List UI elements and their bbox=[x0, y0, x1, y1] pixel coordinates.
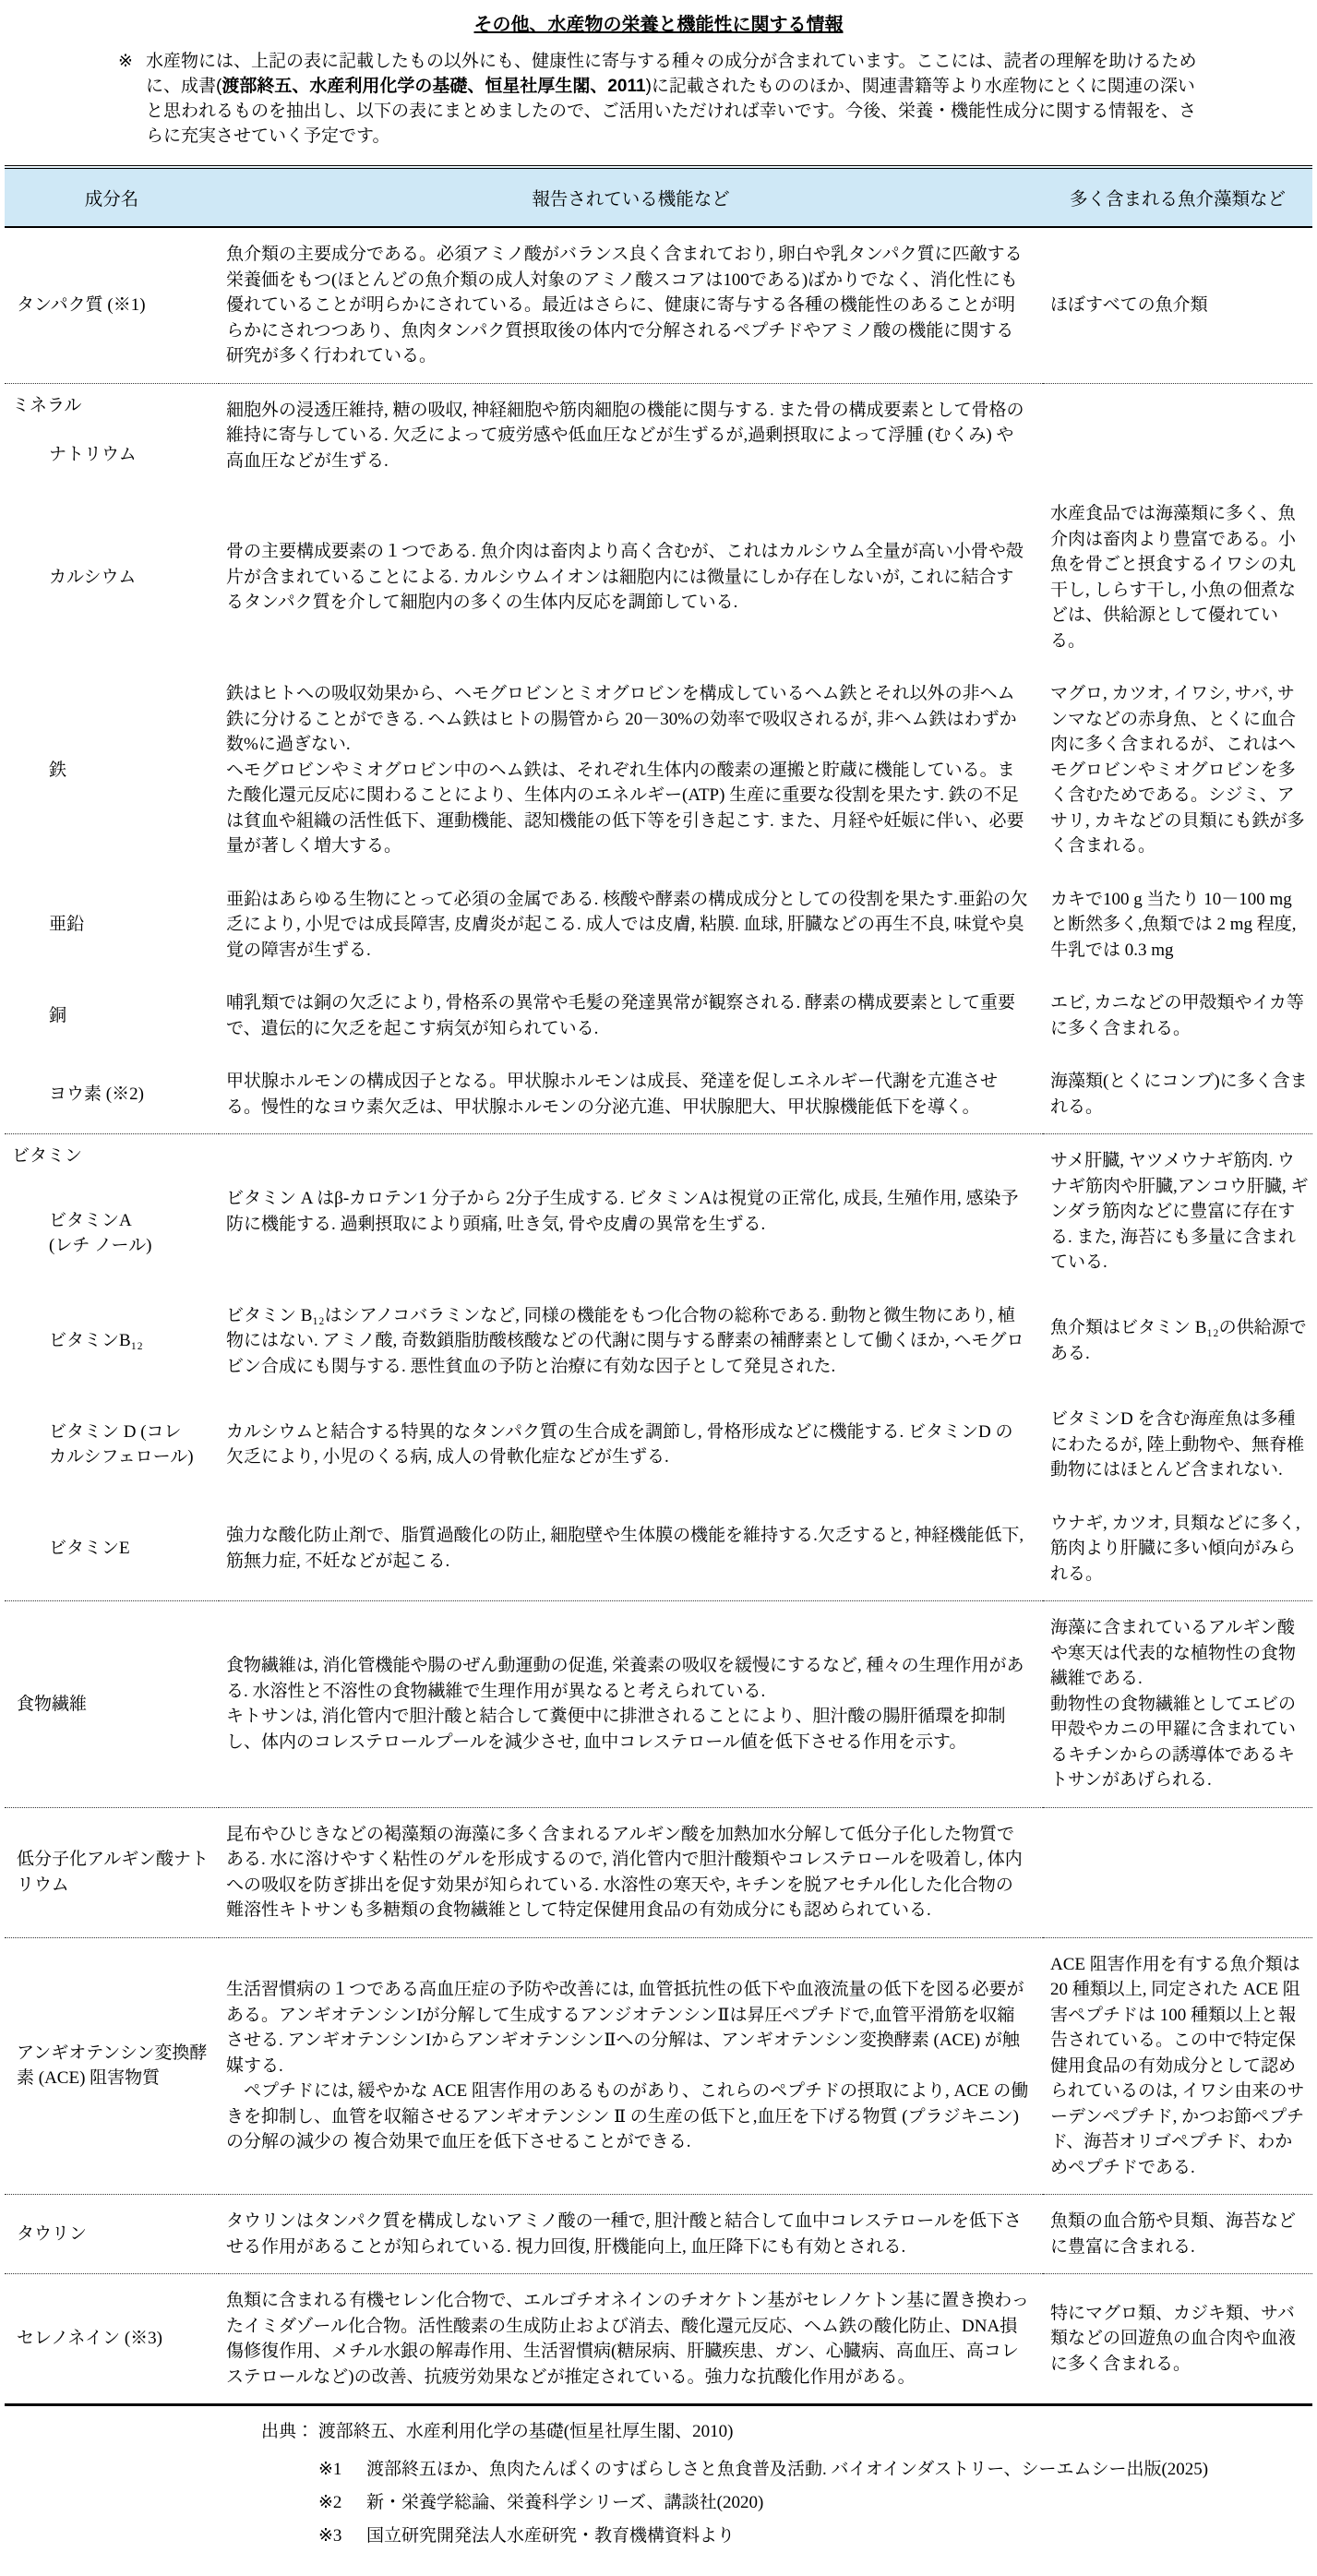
component-label: 鉄 bbox=[5, 667, 219, 873]
document-page: その他、水産物の栄養と機能性に関する情報 ※ 水産物には、上記の表に記載したもの… bbox=[0, 0, 1317, 2548]
source-text: ほぼすべての魚介類 bbox=[1043, 227, 1312, 383]
header-component-name: 成分名 bbox=[5, 167, 219, 227]
source-text: 魚類の血合筋や貝類、海苔などに豊富に含まれる. bbox=[1043, 2195, 1312, 2274]
function-text: 鉄はヒトへの吸収効果から、ヘモグロビンとミオグロビンを構成しているヘム鉄とそれ以… bbox=[219, 667, 1043, 873]
note-text-bold: 渡部終五、水産利用化学の基礎、恒星社厚生閣、2011 bbox=[221, 77, 645, 96]
source-text bbox=[1043, 1807, 1312, 1937]
table-row-zinc: 亜鉛 亜鉛はあらゆる生物にとって必須の金属である. 核酸や酵素の構成成分としての… bbox=[5, 873, 1312, 977]
function-text: 骨の主要構成要素の１つである. 魚介肉は畜肉より高く含むが、これはカルシウム全量… bbox=[219, 487, 1043, 667]
reference-note-2-text: 新・栄養学総論、栄養科学シリーズ、講談社(2020) bbox=[366, 2490, 763, 2515]
table-row-vitamin-d: ビタミン D (コレ カルシフェロール) カルシウムと結合する特異的なタンパク質… bbox=[5, 1393, 1312, 1497]
source-text: 魚介類はビタミン B₁₂の供給源である. bbox=[1043, 1289, 1312, 1394]
reference-source: 出典： 渡部終五、水産利用化学の基礎(恒星社厚生閣、2010) bbox=[261, 2419, 1317, 2444]
table-row-vitamin-a: ビタミン ビタミンA (レチ ノール) ビタミン A はβ-カロテン1 分子から… bbox=[5, 1134, 1312, 1289]
function-text: 昆布やひじきなどの褐藻類の海藻に多く含まれるアルギン酸を加熱加水分解して低分子化… bbox=[219, 1807, 1043, 1937]
source-text: エビ, カニなどの甲殻類やイカ等に多く含まれる。 bbox=[1043, 976, 1312, 1055]
table-row-iodine: ヨウ素 (※2) 甲状腺ホルモンの構成因子となる。甲状腺ホルモンは成長、発達を促… bbox=[5, 1055, 1312, 1134]
source-text: 海藻に含まれているアルギン酸や寒天は代表的な植物性の食物繊維である. 動物性の食… bbox=[1043, 1601, 1312, 1808]
function-text: 魚介類の主要成分である。必須アミノ酸がバランス良く含まれており, 卵白や乳タンパ… bbox=[219, 227, 1043, 383]
component-label: 亜鉛 bbox=[5, 873, 219, 977]
source-text: ビタミンD を含む海産魚は多種にわたるが, 陸上動物や、無脊椎動物にはほとんど含… bbox=[1043, 1393, 1312, 1497]
note-marker: ※ bbox=[118, 49, 146, 149]
footer-references: 出典： 渡部終五、水産利用化学の基礎(恒星社厚生閣、2010) ※1 渡部終五ほ… bbox=[261, 2419, 1317, 2548]
component-label: タンパク質 (※1) bbox=[5, 227, 219, 383]
function-text: 食物繊維は, 消化管機能や腸のぜん動運動の促進, 栄養素の吸収を緩慢にするなど,… bbox=[219, 1601, 1043, 1808]
table-row-vitamin-b12: ビタミンB₁₂ ビタミン B₁₂はシアノコバラミンなど, 同様の機能をもつ化合物… bbox=[5, 1289, 1312, 1394]
component-label: アンギオテンシン変換酵素 (ACE) 阻害物質 bbox=[5, 1937, 219, 2195]
component-label: カルシウム bbox=[5, 487, 219, 667]
table-header: 成分名 報告されている機能など 多く含まれる魚介藻類など bbox=[5, 167, 1312, 227]
table-row-dietary-fiber: 食物繊維 食物繊維は, 消化管機能や腸のぜん動運動の促進, 栄養素の吸収を緩慢に… bbox=[5, 1601, 1312, 1808]
source-text: ウナギ, カツオ, 貝類などに多く, 筋肉より肝臓に多い傾向がみられる。 bbox=[1043, 1497, 1312, 1601]
section-label-vitamin: ビタミン bbox=[12, 1142, 213, 1169]
component-label: ビタミンB₁₂ bbox=[5, 1289, 219, 1394]
nutrition-table: 成分名 報告されている機能など 多く含まれる魚介藻類など タンパク質 (※1) … bbox=[5, 165, 1312, 2406]
function-text: ビタミン B₁₂はシアノコバラミンなど, 同様の機能をもつ化合物の総称である. … bbox=[219, 1289, 1043, 1394]
table-row-calcium: カルシウム 骨の主要構成要素の１つである. 魚介肉は畜肉より高く含むが、これはカ… bbox=[5, 487, 1312, 667]
component-label: 食物繊維 bbox=[5, 1601, 219, 1808]
function-text: 甲状腺ホルモンの構成因子となる。甲状腺ホルモンは成長、発達を促しエネルギー代謝を… bbox=[219, 1055, 1043, 1134]
header-rich-sources: 多く含まれる魚介藻類など bbox=[1043, 167, 1312, 227]
reference-note-3-marker: ※3 bbox=[318, 2523, 366, 2548]
table-row-iron: 鉄 鉄はヒトへの吸収効果から、ヘモグロビンとミオグロビンを構成しているヘム鉄とそ… bbox=[5, 667, 1312, 873]
component-label: ビタミンE bbox=[5, 1497, 219, 1601]
component-label-cell: ビタミン ビタミンA (レチ ノール) bbox=[5, 1134, 219, 1289]
table-row-vitamin-e: ビタミンE 強力な酸化防止剤で、脂質過酸化の防止, 細胞壁や生体膜の機能を維持す… bbox=[5, 1497, 1312, 1601]
component-label: 銅 bbox=[5, 976, 219, 1055]
function-text: 魚類に含まれる有機セレン化合物で、エルゴチオネインのチオケトン基がセレノケトン基… bbox=[219, 2274, 1043, 2405]
reference-note-3: ※3 国立研究開発法人水産研究・教育機構資料より bbox=[318, 2523, 1317, 2548]
table-row-taurine: タウリン タウリンはタンパク質を構成しないアミノ酸の一種で, 胆汁酸と結合して血… bbox=[5, 2195, 1312, 2274]
function-text: 生活習慣病の１つである高血圧症の予防や改善には, 血管抵抗性の低下や血液流量の低… bbox=[219, 1937, 1043, 2195]
component-label: ナトリウム bbox=[12, 442, 213, 468]
source-text: 海藻類(とくにコンブ)に多く含まれる。 bbox=[1043, 1055, 1312, 1134]
section-label-mineral: ミネラル bbox=[12, 391, 213, 419]
function-text: 哺乳類では銅の欠乏により, 骨格系の異常や毛髪の発達異常が観察される. 酵素の構… bbox=[219, 976, 1043, 1055]
function-text: 亜鉛はあらゆる生物にとって必須の金属である. 核酸や酵素の構成成分としての役割を… bbox=[219, 873, 1043, 977]
component-label: 低分子化アルギン酸ナトリウム bbox=[5, 1807, 219, 1937]
function-text: 強力な酸化防止剤で、脂質過酸化の防止, 細胞壁や生体膜の機能を維持する.欠乏する… bbox=[219, 1497, 1043, 1601]
component-label: ビタミン D (コレ カルシフェロール) bbox=[5, 1393, 219, 1497]
intro-note: ※ 水産物には、上記の表に記載したもの以外にも、健康性に寄与する種々の成分が含ま… bbox=[118, 49, 1202, 149]
table-row-sodium: ミネラル ナトリウム 細胞外の浸透圧維持, 糖の吸収, 神経細胞や筋肉細胞の機能… bbox=[5, 383, 1312, 487]
source-text: ACE 阻害作用を有する魚介類は 20 種類以上, 同定された ACE 阻害ペプ… bbox=[1043, 1937, 1312, 2195]
table-row-ace-inhibitor: アンギオテンシン変換酵素 (ACE) 阻害物質 生活習慣病の１つである高血圧症の… bbox=[5, 1937, 1312, 2195]
reference-note-2-marker: ※2 bbox=[318, 2490, 366, 2515]
function-text: 細胞外の浸透圧維持, 糖の吸収, 神経細胞や筋肉細胞の機能に関与する. また骨の… bbox=[219, 383, 1043, 487]
header-reported-functions: 報告されている機能など bbox=[219, 167, 1043, 227]
reference-note-2: ※2 新・栄養学総論、栄養科学シリーズ、講談社(2020) bbox=[318, 2490, 1317, 2515]
table-row-selenoneine: セレノネイン (※3) 魚類に含まれる有機セレン化合物で、エルゴチオネインのチオ… bbox=[5, 2274, 1312, 2405]
component-label: セレノネイン (※3) bbox=[5, 2274, 219, 2405]
function-text: ビタミン A はβ-カロテン1 分子から 2分子生成する. ビタミンAは視覚の正… bbox=[219, 1134, 1043, 1289]
table-row-copper: 銅 哺乳類では銅の欠乏により, 骨格系の異常や毛髪の発達異常が観察される. 酵素… bbox=[5, 976, 1312, 1055]
component-label-cell: ミネラル ナトリウム bbox=[5, 383, 219, 487]
table-row-protein: タンパク質 (※1) 魚介類の主要成分である。必須アミノ酸がバランス良く含まれて… bbox=[5, 227, 1312, 383]
source-text: カキで100 g 当たり 10－100 mgと断然多く,魚類では 2 mg 程度… bbox=[1043, 873, 1312, 977]
source-text: 特にマグロ類、カジキ類、サバ類などの回遊魚の血合肉や血液に多く含まれる。 bbox=[1043, 2274, 1312, 2405]
function-text: カルシウムと結合する特異的なタンパク質の生合成を調節し, 骨格形成などに機能する… bbox=[219, 1393, 1043, 1497]
source-text: 水産食品では海藻類に多く、魚介肉は畜肉より豊富である。小魚を骨ごと摂食するイワシ… bbox=[1043, 487, 1312, 667]
reference-note-1-marker: ※1 bbox=[318, 2457, 366, 2482]
function-text: タウリンはタンパク質を構成しないアミノ酸の一種で, 胆汁酸と結合して血中コレステ… bbox=[219, 2195, 1043, 2274]
source-text: マグロ, カツオ, イワシ, サバ, サンマなどの赤身魚、とくに血合肉に多く含ま… bbox=[1043, 667, 1312, 873]
note-text: 水産物には、上記の表に記載したもの以外にも、健康性に寄与する種々の成分が含まれて… bbox=[146, 49, 1202, 149]
component-label: ビタミンA (レチ ノール) bbox=[12, 1208, 213, 1259]
component-label: タウリン bbox=[5, 2195, 219, 2274]
source-text bbox=[1043, 383, 1312, 487]
table-row-sodium-alginate: 低分子化アルギン酸ナトリウム 昆布やひじきなどの褐藻類の海藻に多く含まれるアルギ… bbox=[5, 1807, 1312, 1937]
component-label: ヨウ素 (※2) bbox=[5, 1055, 219, 1134]
reference-note-3-text: 国立研究開発法人水産研究・教育機構資料より bbox=[366, 2523, 735, 2548]
reference-note-1: ※1 渡部終五ほか、魚肉たんぱくのすばらしさと魚食普及活動. バイオインダストリ… bbox=[318, 2457, 1317, 2482]
reference-note-1-text: 渡部終五ほか、魚肉たんぱくのすばらしさと魚食普及活動. バイオインダストリー、シ… bbox=[366, 2457, 1208, 2482]
source-text: サメ肝臓, ヤツメウナギ筋肉. ウナギ筋肉や肝臓,アンコウ肝臓, ギンダラ筋肉な… bbox=[1043, 1134, 1312, 1289]
page-title: その他、水産物の栄養と機能性に関する情報 bbox=[0, 9, 1317, 36]
